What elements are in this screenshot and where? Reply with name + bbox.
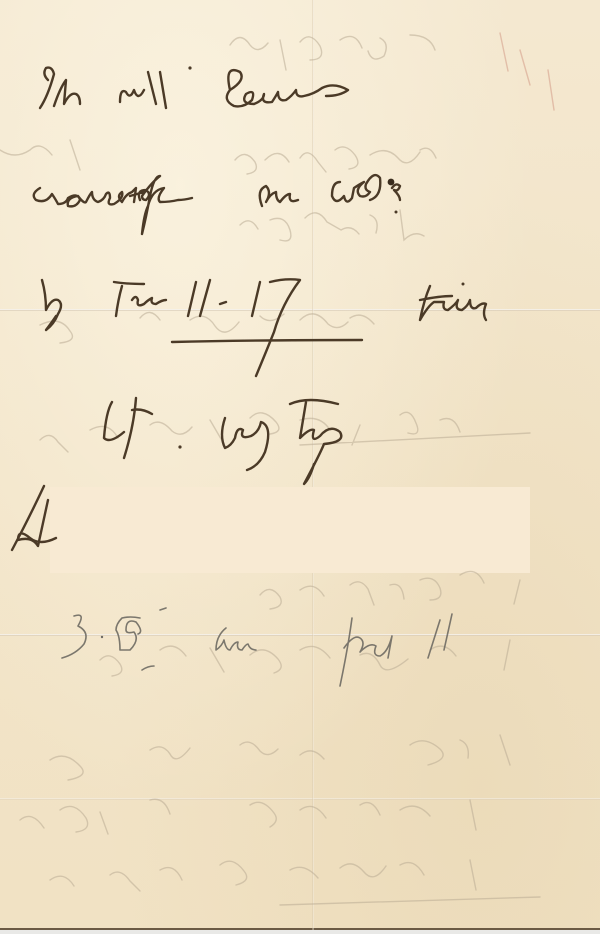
vertical-fold-line — [312, 0, 314, 930]
line-by-the-train: by the 11.17 train — [30, 275, 339, 315]
redaction-label: redacted signature — [50, 487, 204, 506]
line-she-will-leave: She will leave — [30, 68, 269, 108]
signature-text: H — [12, 495, 42, 535]
redaction-box: redacted signature — [50, 487, 530, 573]
fold-line — [0, 798, 600, 800]
letter-page: redacted signature — [0, 0, 600, 930]
pencil-note-text: 3.25 Lun ford 11 — [60, 612, 315, 647]
line-lowestoft-on-weds: Lowestoft on Wedˢ — [30, 170, 350, 210]
handwriting-layer — [0, 0, 600, 930]
show-through-writing — [0, 33, 554, 905]
line-closing: Yr. very Tr. — [100, 400, 288, 440]
